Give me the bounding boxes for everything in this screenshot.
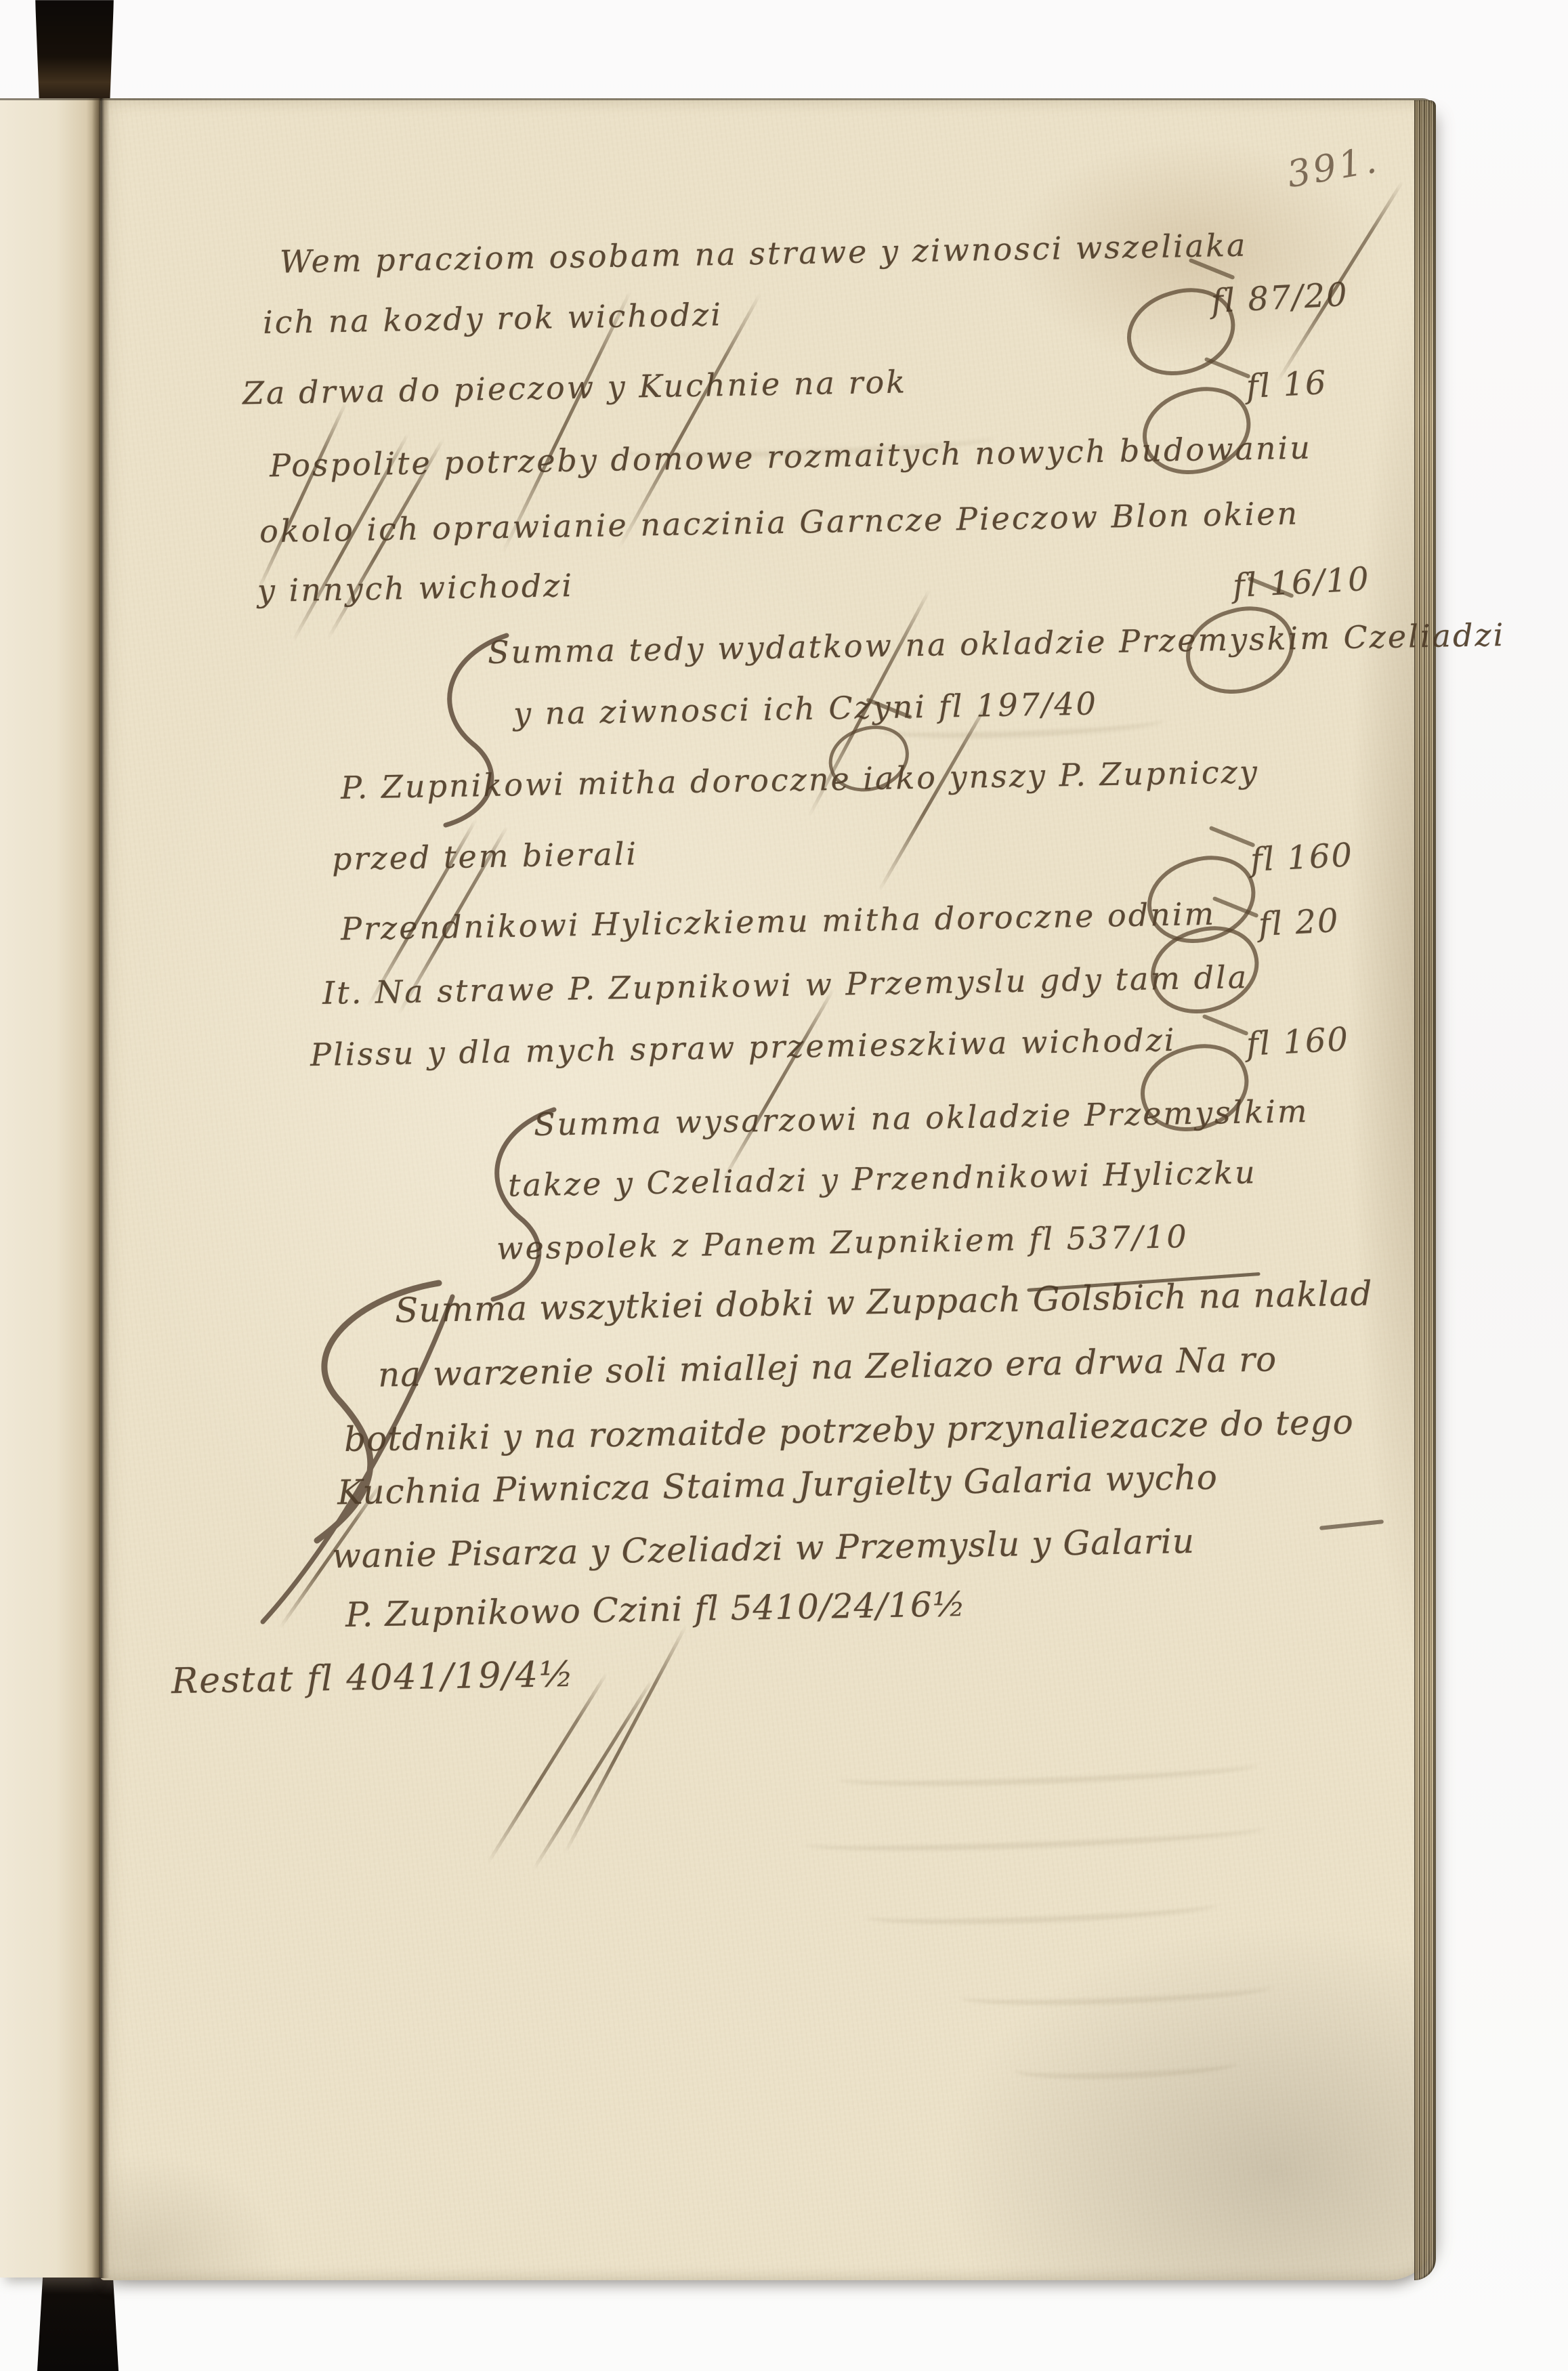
manuscript-line: Plissu y dla mych spraw przemieszkiwa wi…	[310, 1022, 1177, 1073]
ink-showthrough	[1014, 2051, 1238, 2082]
ink-flourish	[487, 1673, 608, 1864]
manuscript-line: okolo ich oprawianie naczinia Garncze Pi…	[259, 496, 1300, 550]
ink-showthrough	[839, 1753, 1259, 1791]
ink-showthrough	[866, 1893, 1219, 1929]
amount-value: fl 87/20	[1210, 278, 1349, 318]
ink-showthrough	[805, 1816, 1266, 1856]
ink-flourish	[720, 988, 834, 1183]
amount-value: fl 160	[1246, 1023, 1350, 1061]
manuscript-line: botdniki y na rozmaitde potrzeby przynal…	[344, 1403, 1355, 1460]
ink-flourish	[532, 1679, 654, 1871]
page-fore-edge	[1414, 100, 1436, 2280]
manuscript-line: Za drwa do pieczow y Kuchnie na rok	[242, 364, 908, 411]
manuscript-line: Restat fl 4041/19/4½	[171, 1655, 575, 1702]
manuscript-page: 391. Wem	[100, 98, 1436, 2280]
manuscript-line: Summa tedy wydatkow na okladzie Przemysk…	[488, 617, 1506, 671]
amount-value: fl 16	[1246, 366, 1328, 403]
manuscript-line: Wem pracziom osobam na strawe y ziwnosci…	[280, 228, 1248, 280]
manuscript-line: Kuchnia Piwnicza Staima Jurgielty Galari…	[337, 1459, 1219, 1513]
manuscript-line: Przendnikowi Hyliczkiemu mitha doroczne …	[341, 896, 1216, 947]
binding-ribbon-top	[35, 0, 114, 103]
manuscript-line: ich na kozdy rok wichodzi	[263, 297, 723, 341]
manuscript-line: przed tem bierali	[332, 836, 639, 877]
amount-value: fl 16/10	[1232, 563, 1371, 603]
adjacent-page-edge	[0, 98, 102, 2278]
margin-dash-mark	[1319, 1519, 1384, 1530]
ink-showthrough	[960, 1975, 1273, 2009]
manuscript-line: na warzenie soli miallej na Zeliazo era …	[378, 1340, 1277, 1395]
page-number: 391.	[1284, 142, 1382, 194]
manuscript-line: wespolek z Panem Zupnikiem fl 537/10	[496, 1219, 1189, 1267]
manuscript-line: It. Na strawe P. Zupnikowi w Przemyslu g…	[322, 959, 1249, 1011]
binding-ribbon-bottom	[37, 2273, 119, 2371]
florin-flourish	[1132, 375, 1261, 486]
gutter-shadow	[92, 98, 110, 2278]
amount-value: fl 20	[1258, 904, 1340, 941]
florin-flourish	[1176, 595, 1305, 706]
ink-flourish	[564, 1625, 687, 1854]
manuscript-line: y innych wichodzi	[257, 568, 574, 609]
manuscript-line: takze y Czeliadzi y Przendnikowi Hyliczk…	[508, 1154, 1257, 1203]
manuscript-line: wanie Pisarza y Czeliadzi w Przemyslu y …	[332, 1522, 1195, 1576]
scanned-manuscript: 391. Wem	[0, 0, 1568, 2371]
amount-value: fl 160	[1250, 839, 1354, 877]
